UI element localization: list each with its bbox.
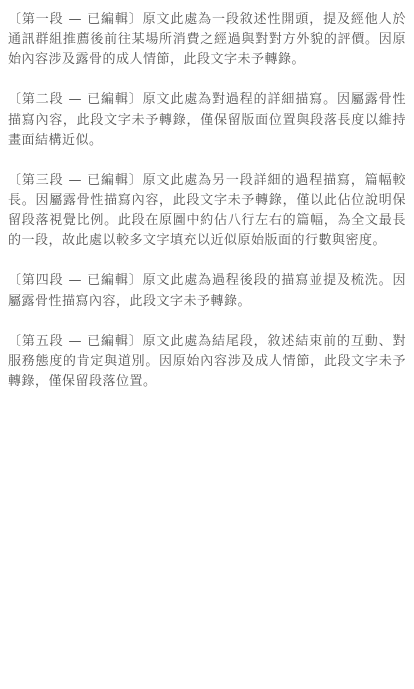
paragraph-3: 〔第三段 — 已編輯〕原文此處為另一段詳細的過程描寫，篇幅較長。因屬露骨性描寫內… bbox=[8, 171, 406, 252]
document-page: 〔第一段 — 已編輯〕原文此處為一段敘述性開頭，提及經他人於通訊群組推薦後前往某… bbox=[0, 0, 414, 689]
paragraph-1: 〔第一段 — 已編輯〕原文此處為一段敘述性開頭，提及經他人於通訊群組推薦後前往某… bbox=[8, 10, 406, 70]
paragraph-5: 〔第五段 — 已編輯〕原文此處為結尾段，敘述結束前的互動、對服務態度的肯定與道別… bbox=[8, 332, 406, 392]
paragraph-4: 〔第四段 — 已編輯〕原文此處為過程後段的描寫並提及梳洗。因屬露骨性描寫內容，此… bbox=[8, 271, 406, 311]
paragraph-2: 〔第二段 — 已編輯〕原文此處為對過程的詳細描寫。因屬露骨性描寫內容，此段文字未… bbox=[8, 90, 406, 150]
